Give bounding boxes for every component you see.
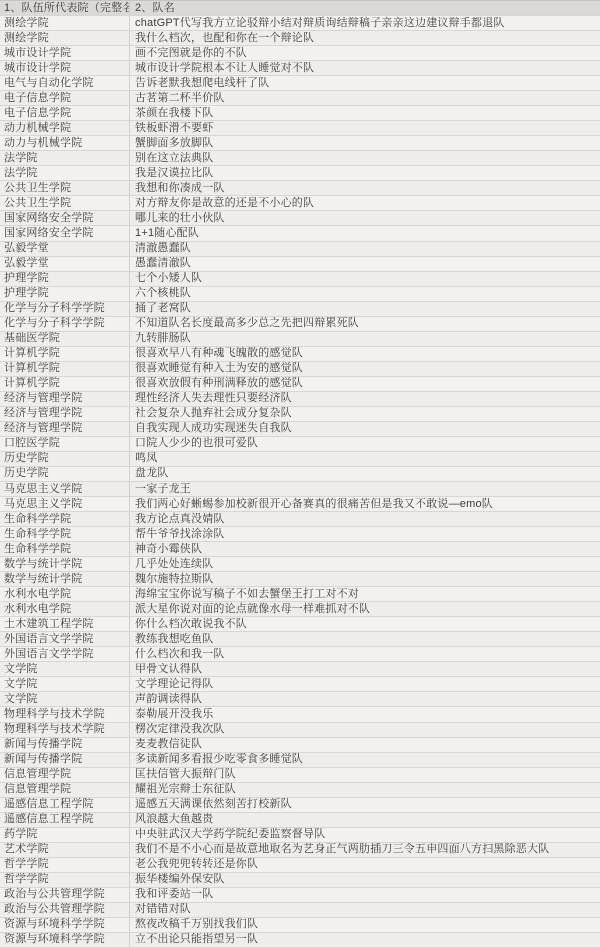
college-cell[interactable]: 弘毅学堂 bbox=[0, 257, 130, 271]
college-cell[interactable]: 弘毅学堂 bbox=[0, 242, 130, 256]
team-name-cell[interactable]: 熬夜改稿千万别找我们队 bbox=[130, 918, 600, 932]
team-name-cell[interactable]: 九转腓肠队 bbox=[130, 332, 600, 346]
table-row: 信息管理学院匡扶信管大振辩门队 bbox=[0, 768, 600, 783]
table-row: 马克思主义学院我们两心好蜥蜴参加校新很开心备赛真的很痛苦但是我又不敢说—emo队 bbox=[0, 497, 600, 512]
college-cell[interactable]: 资源与环境科学学院 bbox=[0, 918, 130, 932]
team-name-cell[interactable]: 愚蠢清澈队 bbox=[130, 257, 600, 271]
college-cell[interactable]: 动力机械学院 bbox=[0, 121, 130, 135]
table-row: 马克思主义学院一家子龙王 bbox=[0, 482, 600, 497]
college-cell[interactable]: 文学院 bbox=[0, 692, 130, 706]
team-name-cell[interactable]: 告诉老默我想爬电线杆了队 bbox=[130, 76, 600, 90]
table-row: 经济与管理学院自我实现人成功实现迷失自我队 bbox=[0, 422, 600, 437]
team-name-cell[interactable]: 声韵调读得队 bbox=[130, 692, 600, 706]
table-row: 电气与自动化学院告诉老默我想爬电线杆了队 bbox=[0, 76, 600, 91]
table-row: 文学院声韵调读得队 bbox=[0, 692, 600, 707]
table-row: 历史学院盘龙队 bbox=[0, 467, 600, 482]
team-name-cell[interactable]: 鸣凤 bbox=[130, 452, 600, 466]
college-cell[interactable]: 电子信息学院 bbox=[0, 106, 130, 120]
college-cell[interactable]: 基础医学院 bbox=[0, 332, 130, 346]
team-name-cell[interactable]: 蟹脚面多放脚队 bbox=[130, 136, 600, 150]
college-cell[interactable]: 数学与统计学院 bbox=[0, 572, 130, 586]
table-row: 资源与环境科学学院立不出论只能指望另一队 bbox=[0, 933, 600, 948]
college-cell[interactable]: 测绘学院 bbox=[0, 16, 130, 30]
college-cell[interactable]: 文学院 bbox=[0, 662, 130, 676]
team-name-cell[interactable]: 遥感五天满课依然刻苦打校新队 bbox=[130, 798, 600, 812]
table-row: 物理科学与技术学院泰勒展开没我乐 bbox=[0, 707, 600, 722]
team-name-cell[interactable]: 我想和你凑成一队 bbox=[130, 181, 600, 195]
table-row: 电子信息学院茶颜在我楼下队 bbox=[0, 106, 600, 121]
college-cell[interactable]: 口腔医学院 bbox=[0, 437, 130, 451]
table-row: 生命科学学院我方论点真没婧队 bbox=[0, 512, 600, 527]
team-name-cell[interactable]: 我们两心好蜥蜴参加校新很开心备赛真的很痛苦但是我又不敢说—emo队 bbox=[130, 497, 600, 511]
college-cell[interactable]: 历史学院 bbox=[0, 467, 130, 481]
table-row: 艺术学院我们不是不小心而是故意地取名为艺身正气两肋插刀三令五申四面八方扫黑除恶大… bbox=[0, 843, 600, 858]
college-cell[interactable]: 遥感信息工程学院 bbox=[0, 798, 130, 812]
team-name-cell[interactable]: 立不出论只能指望另一队 bbox=[130, 933, 600, 947]
table-row: 法学院我是汉谟拉比队 bbox=[0, 166, 600, 181]
college-cell[interactable]: 护理学院 bbox=[0, 287, 130, 301]
table-row: 数学与统计学院几乎处处连续队 bbox=[0, 557, 600, 572]
table-row: 动力与机械学院蟹脚面多放脚队 bbox=[0, 136, 600, 151]
header-cell-college[interactable]: 1、队伍所代表院（完整名 bbox=[0, 1, 130, 15]
table-row: 新闻与传播学院麦麦教信徒队 bbox=[0, 738, 600, 753]
table-row: 生命科学学院帮牛爷爷找涂涂队 bbox=[0, 527, 600, 542]
header-row: 1、队伍所代表院（完整名 2、队名 bbox=[0, 1, 600, 16]
table-row: 弘毅学堂清澈愚蠢队 bbox=[0, 242, 600, 257]
table-row: 电子信息学院古茗第二杯半价队 bbox=[0, 91, 600, 106]
team-name-cell[interactable]: 我方论点真没婧队 bbox=[130, 512, 600, 526]
team-name-cell[interactable]: 铁板虾滑不要虾 bbox=[130, 121, 600, 135]
college-cell[interactable]: 历史学院 bbox=[0, 452, 130, 466]
table-row: 护理学院七个小矮人队 bbox=[0, 272, 600, 287]
table-row: 数学与统计学院魏尔施特拉斯队 bbox=[0, 572, 600, 587]
team-name-cell[interactable]: 捅了老窝队 bbox=[130, 302, 600, 316]
college-cell[interactable]: 测绘学院 bbox=[0, 31, 130, 45]
team-name-cell[interactable]: 老公我兜兜转转还是你队 bbox=[130, 858, 600, 872]
college-cell[interactable]: 动力与机械学院 bbox=[0, 136, 130, 150]
college-cell[interactable]: 城市设计学院 bbox=[0, 61, 130, 75]
college-cell[interactable]: 艺术学院 bbox=[0, 843, 130, 857]
college-cell[interactable]: 马克思主义学院 bbox=[0, 497, 130, 511]
team-name-cell[interactable]: 别在这立法典队 bbox=[130, 151, 600, 165]
college-cell[interactable]: 经济与管理学院 bbox=[0, 407, 130, 421]
college-cell[interactable]: 信息管理学院 bbox=[0, 783, 130, 797]
team-name-cell[interactable]: 很喜欢早八有种魂飞魄散的感觉队 bbox=[130, 347, 600, 361]
table-row: 化学与分子科学学院捅了老窝队 bbox=[0, 302, 600, 317]
college-cell[interactable]: 哲学学院 bbox=[0, 858, 130, 872]
table-row: 国家网络安全学院哪儿来的壮小伙队 bbox=[0, 211, 600, 226]
college-cell[interactable]: 电气与自动化学院 bbox=[0, 76, 130, 90]
team-name-cell[interactable]: 多读新闻多看报少吃零食多睡觉队 bbox=[130, 753, 600, 767]
team-name-cell[interactable]: 一家子龙王 bbox=[130, 482, 600, 496]
team-name-cell[interactable]: 几乎处处连续队 bbox=[130, 557, 600, 571]
table-row: 国家网络安全学院1+1随心配队 bbox=[0, 226, 600, 241]
table-row: 水利水电学院海绵宝宝你说写稿子不如去蟹堡王打工对不对 bbox=[0, 587, 600, 602]
team-name-cell[interactable]: 风浪越大鱼越贵 bbox=[130, 813, 600, 827]
college-cell[interactable]: 生命科学学院 bbox=[0, 512, 130, 526]
college-cell[interactable]: 公共卫生学院 bbox=[0, 181, 130, 195]
team-name-cell[interactable]: 派大星你说对面的论点就像水母一样难抓对不队 bbox=[130, 602, 600, 616]
table-row: 测绘学院chatGPT代写我方立论驳辩小结对辩质询结辩稿子亲亲这边建议辩手都退队 bbox=[0, 16, 600, 31]
team-name-cell[interactable]: 泰勒展开没我乐 bbox=[130, 707, 600, 721]
table-row: 基础医学院九转腓肠队 bbox=[0, 332, 600, 347]
table-row: 经济与管理学院理性经济人失去理性只要经济队 bbox=[0, 392, 600, 407]
college-cell[interactable]: 经济与管理学院 bbox=[0, 422, 130, 436]
header-cell-team-name[interactable]: 2、队名 bbox=[130, 1, 600, 15]
college-cell[interactable]: 国家网络安全学院 bbox=[0, 211, 130, 225]
team-name-cell[interactable]: 海绵宝宝你说写稿子不如去蟹堡王打工对不对 bbox=[130, 587, 600, 601]
college-cell[interactable]: 文学院 bbox=[0, 677, 130, 691]
table-row: 计算机学院很喜欢早八有种魂飞魄散的感觉队 bbox=[0, 347, 600, 362]
table-row: 公共卫生学院我想和你凑成一队 bbox=[0, 181, 600, 196]
table-row: 公共卫生学院对方辩友你是故意的还是不小心的队 bbox=[0, 196, 600, 211]
table-row: 政治与公共管理学院我和评委站一队 bbox=[0, 888, 600, 903]
table-row: 弘毅学堂愚蠢清澈队 bbox=[0, 257, 600, 272]
team-name-cell[interactable]: 画不完图就是你的不队 bbox=[130, 46, 600, 60]
table-row: 历史学院鸣凤 bbox=[0, 452, 600, 467]
team-name-cell[interactable]: 茶颜在我楼下队 bbox=[130, 106, 600, 120]
table-row: 哲学学院振华楼编外保安队 bbox=[0, 873, 600, 888]
college-cell[interactable]: 物理科学与技术学院 bbox=[0, 707, 130, 721]
team-name-cell[interactable]: 自我实现人成功实现迷失自我队 bbox=[130, 422, 600, 436]
table-row: 法学院别在这立法典队 bbox=[0, 151, 600, 166]
table-row: 城市设计学院画不完图就是你的不队 bbox=[0, 46, 600, 61]
college-cell[interactable]: 城市设计学院 bbox=[0, 46, 130, 60]
college-cell[interactable]: 生命科学学院 bbox=[0, 542, 130, 556]
team-name-cell[interactable]: 魏尔施特拉斯队 bbox=[130, 572, 600, 586]
team-name-cell[interactable]: 振华楼编外保安队 bbox=[130, 873, 600, 887]
team-name-cell[interactable]: 教练我想吃鱼队 bbox=[130, 632, 600, 646]
table-row: 测绘学院我什么档次，也配和你在一个辩论队 bbox=[0, 31, 600, 46]
team-name-cell[interactable]: 1+1随心配队 bbox=[130, 226, 600, 240]
team-name-cell[interactable]: 哪儿来的壮小伙队 bbox=[130, 211, 600, 225]
college-cell[interactable]: 化学与分子科学学院 bbox=[0, 317, 130, 331]
team-name-cell[interactable]: 口院人少少的也很可爱队 bbox=[130, 437, 600, 451]
team-name-cell[interactable]: 帮牛爷爷找涂涂队 bbox=[130, 527, 600, 541]
college-cell[interactable]: 数学与统计学院 bbox=[0, 557, 130, 571]
college-cell[interactable]: 化学与分子科学学院 bbox=[0, 302, 130, 316]
team-name-cell[interactable]: 对方辩友你是故意的还是不小心的队 bbox=[130, 196, 600, 210]
spreadsheet: 1、队伍所代表院（完整名 2、队名 测绘学院chatGPT代写我方立论驳辩小结对… bbox=[0, 0, 600, 948]
team-name-cell[interactable]: 什么档次和我一队 bbox=[130, 647, 600, 661]
college-cell[interactable]: 电子信息学院 bbox=[0, 91, 130, 105]
team-name-cell[interactable]: 甲骨文认得队 bbox=[130, 662, 600, 676]
college-cell[interactable]: 政治与公共管理学院 bbox=[0, 903, 130, 917]
team-name-cell[interactable]: 我什么档次，也配和你在一个辩论队 bbox=[130, 31, 600, 45]
table-row: 计算机学院很喜欢睡觉有种入土为安的感觉队 bbox=[0, 362, 600, 377]
table-row: 土木建筑工程学院你什么档次敢说我不队 bbox=[0, 617, 600, 632]
college-cell[interactable]: 物理科学与技术学院 bbox=[0, 723, 130, 737]
team-name-cell[interactable]: 很喜欢睡觉有种入土为安的感觉队 bbox=[130, 362, 600, 376]
table-row: 遥感信息工程学院遥感五天满课依然刻苦打校新队 bbox=[0, 798, 600, 813]
table-row: 资源与环境科学学院熬夜改稿千万别找我们队 bbox=[0, 918, 600, 933]
team-name-cell[interactable]: 麦麦教信徒队 bbox=[130, 738, 600, 752]
college-cell[interactable]: 资源与环境科学学院 bbox=[0, 933, 130, 947]
college-cell[interactable]: 药学院 bbox=[0, 828, 130, 842]
table-row: 遥感信息工程学院风浪越大鱼越贵 bbox=[0, 813, 600, 828]
table-row: 外国语言文学学院什么档次和我一队 bbox=[0, 647, 600, 662]
team-name-cell[interactable]: 不知道队名长度最高多少总之先把四辩累死队 bbox=[130, 317, 600, 331]
table-row: 化学与分子科学学院不知道队名长度最高多少总之先把四辩累死队 bbox=[0, 317, 600, 332]
college-cell[interactable]: 法学院 bbox=[0, 166, 130, 180]
team-name-cell[interactable]: 我和评委站一队 bbox=[130, 888, 600, 902]
college-cell[interactable]: 法学院 bbox=[0, 151, 130, 165]
team-name-cell[interactable]: 文学理论记得队 bbox=[130, 677, 600, 691]
team-name-cell[interactable]: 中央驻武汉大学药学院纪委监察督导队 bbox=[130, 828, 600, 842]
table-row: 外国语言文学学院教练我想吃鱼队 bbox=[0, 632, 600, 647]
college-cell[interactable]: 计算机学院 bbox=[0, 347, 130, 361]
team-name-cell[interactable]: 清澈愚蠢队 bbox=[130, 242, 600, 256]
table-row: 文学院甲骨文认得队 bbox=[0, 662, 600, 677]
college-cell[interactable]: 公共卫生学院 bbox=[0, 196, 130, 210]
table-row: 计算机学院很喜欢放假有种刑满释放的感觉队 bbox=[0, 377, 600, 392]
college-cell[interactable]: 哲学学院 bbox=[0, 873, 130, 887]
table-row: 护理学院六个核桃队 bbox=[0, 287, 600, 302]
college-cell[interactable]: 新闻与传播学院 bbox=[0, 738, 130, 752]
team-name-cell[interactable]: 我是汉谟拉比队 bbox=[130, 166, 600, 180]
team-name-cell[interactable]: 古茗第二杯半价队 bbox=[130, 91, 600, 105]
table-row: 水利水电学院派大星你说对面的论点就像水母一样难抓对不队 bbox=[0, 602, 600, 617]
team-name-cell[interactable]: 六个核桃队 bbox=[130, 287, 600, 301]
team-name-cell[interactable]: 耀祖光宗辩士东征队 bbox=[130, 783, 600, 797]
college-cell[interactable]: 计算机学院 bbox=[0, 362, 130, 376]
table-row: 城市设计学院城市设计学院根本不让人睡觉对不队 bbox=[0, 61, 600, 76]
college-cell[interactable]: 护理学院 bbox=[0, 272, 130, 286]
college-cell[interactable]: 土木建筑工程学院 bbox=[0, 617, 130, 631]
team-name-cell[interactable]: 对错错对队 bbox=[130, 903, 600, 917]
team-name-cell[interactable]: 匡扶信管大振辩门队 bbox=[130, 768, 600, 782]
college-cell[interactable]: 水利水电学院 bbox=[0, 602, 130, 616]
table-row: 药学院中央驻武汉大学药学院纪委监察督导队 bbox=[0, 828, 600, 843]
team-name-cell[interactable]: chatGPT代写我方立论驳辩小结对辩质询结辩稿子亲亲这边建议辩手都退队 bbox=[130, 16, 600, 30]
table-row: 动力机械学院铁板虾滑不要虾 bbox=[0, 121, 600, 136]
college-cell[interactable]: 计算机学院 bbox=[0, 377, 130, 391]
college-cell[interactable]: 政治与公共管理学院 bbox=[0, 888, 130, 902]
team-name-cell[interactable]: 社会复杂人抛弃社会成分复杂队 bbox=[130, 407, 600, 421]
team-name-cell[interactable]: 七个小矮人队 bbox=[130, 272, 600, 286]
college-cell[interactable]: 遥感信息工程学院 bbox=[0, 813, 130, 827]
college-cell[interactable]: 信息管理学院 bbox=[0, 768, 130, 782]
table-row: 口腔医学院口院人少少的也很可爱队 bbox=[0, 437, 600, 452]
table-row: 经济与管理学院社会复杂人抛弃社会成分复杂队 bbox=[0, 407, 600, 422]
college-cell[interactable]: 马克思主义学院 bbox=[0, 482, 130, 496]
team-name-cell[interactable]: 你什么档次敢说我不队 bbox=[130, 617, 600, 631]
team-name-cell[interactable]: 神奇小霉侠队 bbox=[130, 542, 600, 556]
team-name-cell[interactable]: 楞次定律没我次队 bbox=[130, 723, 600, 737]
table-row: 生命科学学院神奇小霉侠队 bbox=[0, 542, 600, 557]
team-name-cell[interactable]: 很喜欢放假有种刑满释放的感觉队 bbox=[130, 377, 600, 391]
team-name-cell[interactable]: 城市设计学院根本不让人睡觉对不队 bbox=[130, 61, 600, 75]
college-cell[interactable]: 国家网络安全学院 bbox=[0, 226, 130, 240]
table-row: 信息管理学院耀祖光宗辩士东征队 bbox=[0, 783, 600, 798]
college-cell[interactable]: 水利水电学院 bbox=[0, 587, 130, 601]
table-row: 物理科学与技术学院楞次定律没我次队 bbox=[0, 723, 600, 738]
team-name-cell[interactable]: 理性经济人失去理性只要经济队 bbox=[130, 392, 600, 406]
college-cell[interactable]: 生命科学学院 bbox=[0, 527, 130, 541]
table-row: 哲学学院老公我兜兜转转还是你队 bbox=[0, 858, 600, 873]
college-cell[interactable]: 新闻与传播学院 bbox=[0, 753, 130, 767]
table-row: 文学院文学理论记得队 bbox=[0, 677, 600, 692]
college-cell[interactable]: 经济与管理学院 bbox=[0, 392, 130, 406]
team-name-cell[interactable]: 盘龙队 bbox=[130, 467, 600, 481]
college-cell[interactable]: 外国语言文学学院 bbox=[0, 632, 130, 646]
college-cell[interactable]: 外国语言文学学院 bbox=[0, 647, 130, 661]
table-row: 政治与公共管理学院对错错对队 bbox=[0, 903, 600, 918]
table-row: 新闻与传播学院多读新闻多看报少吃零食多睡觉队 bbox=[0, 753, 600, 768]
team-name-cell[interactable]: 我们不是不小心而是故意地取名为艺身正气两肋插刀三令五申四面八方扫黑除恶大队 bbox=[130, 843, 600, 857]
